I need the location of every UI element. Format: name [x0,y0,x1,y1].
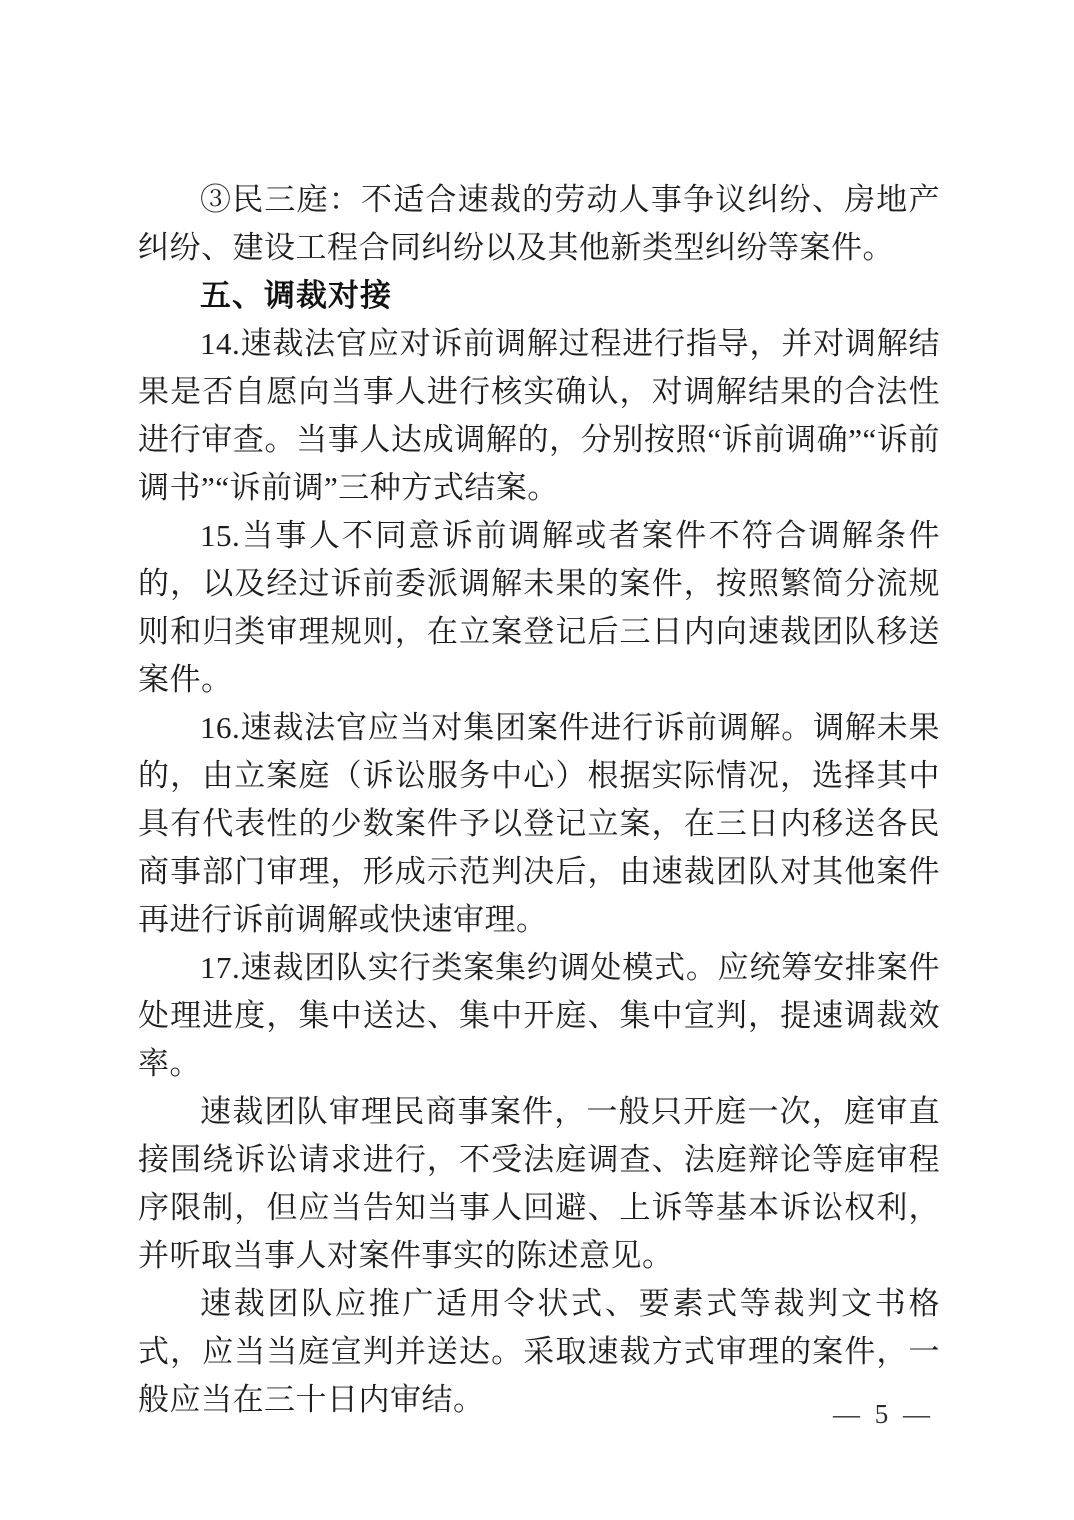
paragraph-trial-procedure: 速裁团队审理民商事案件，一般只开庭一次，庭审直接围绕诉讼请求进行，不受法庭调查、… [138,1088,940,1280]
document-page: ③民三庭：不适合速裁的劳动人事争议纠纷、房地产纠纷、建设工程合同纠纷以及其他新类… [0,0,1074,1520]
paragraph-item-15: 15.当事人不同意诉前调解或者案件不符合调解条件的，以及经过诉前委派调解未果的案… [138,512,940,704]
paragraph-item-17: 17.速裁团队实行类案集约调处模式。应统筹安排案件处理进度，集中送达、集中开庭、… [138,944,940,1088]
section-heading-5-tiaocai-duijie: 五、调裁对接 [138,272,940,320]
paragraph-civil-division-3: ③民三庭：不适合速裁的劳动人事争议纠纷、房地产纠纷、建设工程合同纠纷以及其他新类… [138,176,940,272]
document-body: ③民三庭：不适合速裁的劳动人事争议纠纷、房地产纠纷、建设工程合同纠纷以及其他新类… [138,176,940,1424]
paragraph-judgment-format: 速裁团队应推广适用令状式、要素式等裁判文书格式，应当当庭宣判并送达。采取速裁方式… [138,1280,940,1424]
page-number: — 5 — [833,1398,934,1430]
paragraph-item-14: 14.速裁法官应对诉前调解过程进行指导，并对调解结果是否自愿向当事人进行核实确认… [138,320,940,512]
paragraph-item-16: 16.速裁法官应当对集团案件进行诉前调解。调解未果的，由立案庭（诉讼服务中心）根… [138,704,940,944]
